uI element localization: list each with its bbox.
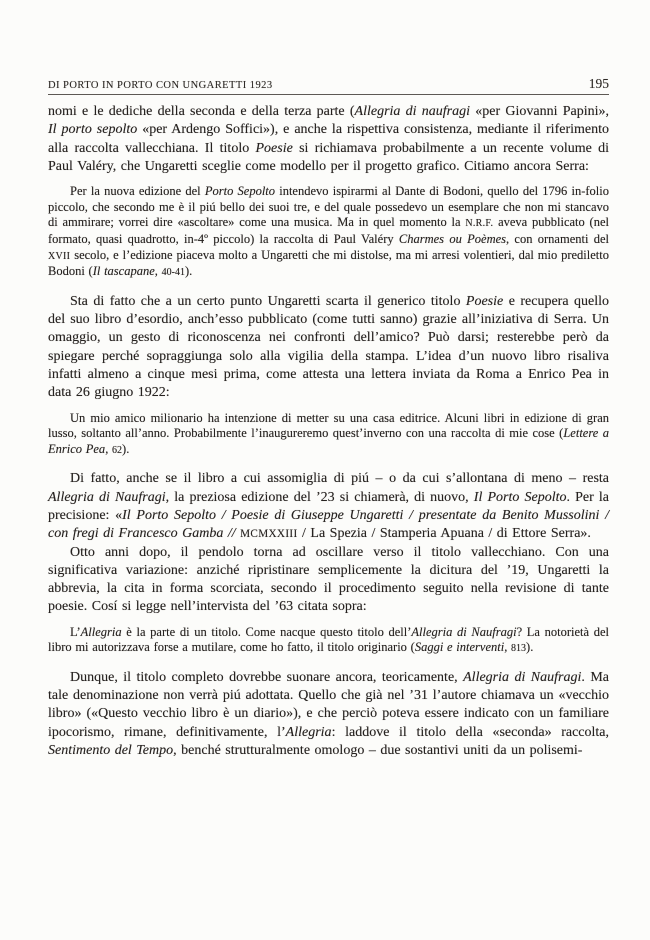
text-segment: Saggi e interventi [415,640,504,654]
text-segment: 40-41 [162,267,185,278]
text-segment: : laddove il titolo della «seconda» racc… [332,725,609,740]
text-segment: Un mio amico milionario ha intenzione di… [48,411,609,441]
block-quote: Per la nuova edizione del Porto Sepolto … [48,184,609,281]
text-segment: Il porto sepolto [48,122,137,137]
text-segment: , [155,264,162,278]
text-segment: Per la nuova edizione del [70,184,205,198]
text-segment: 62 [112,445,122,456]
text-segment: nomi e le dediche della seconda e della … [48,104,355,119]
page-content: DI PORTO IN PORTO CON UNGARETTI 1923 195… [48,76,609,760]
text-column: nomi e le dediche della seconda e della … [48,103,609,760]
running-header: DI PORTO IN PORTO CON UNGARETTI 1923 195 [48,76,609,92]
text-segment: Il tascapane [93,264,155,278]
text-segment: Allegria di Naufragi [48,490,166,505]
text-segment: Allegria [286,725,332,740]
text-segment: Sentimento del Tempo [48,743,173,758]
text-segment: Poesie [256,141,293,156]
text-segment: Allegria [81,625,122,639]
text-segment: Otto anni dopo, il pendolo torna ad osci… [48,545,609,615]
header-rule [48,94,609,95]
paragraph: Sta di fatto che a un certo punto Ungare… [48,293,609,403]
text-segment: Poesie [466,294,503,309]
text-segment: «per Giovanni Papini», [470,104,609,119]
scanned-book-page: DI PORTO IN PORTO CON UNGARETTI 1923 195… [0,0,650,940]
text-segment: / La Spezia / Stamperia Apuana / di Etto… [298,526,591,541]
text-segment: ). [122,442,129,456]
text-segment: Dunque, il titolo completo dovrebbe suon… [70,670,463,685]
text-segment: Porto Sepolto [205,184,275,198]
text-segment: Allegria di naufragi [355,104,470,119]
text-segment: XVII [48,251,70,262]
text-segment: L’ [70,625,81,639]
text-segment: ). [526,640,533,654]
text-segment: Il Porto Sepolto [474,490,567,505]
text-segment: ). [185,264,192,278]
text-segment: Allegria di Naufragi [411,625,516,639]
text-segment: N.R.F. [465,218,493,229]
text-segment: , benché strutturalmente omologo – due s… [173,743,582,758]
text-segment: , la preziosa edizione del ’23 si chiame… [166,490,474,505]
block-quote: L’Allegria è la parte di un titolo. Come… [48,625,609,657]
text-segment: 813 [511,643,526,654]
page-number: 195 [589,76,609,92]
running-title: DI PORTO IN PORTO CON UNGARETTI 1923 [48,80,273,91]
text-segment: e recupera quello del suo libro d’esordi… [48,294,609,400]
paragraph: Dunque, il titolo completo dovrebbe suon… [48,669,609,760]
text-segment: Sta di fatto che a un certo punto Ungare… [70,294,466,309]
paragraph: Di fatto, anche se il libro a cui assomi… [48,470,609,543]
text-segment: è la parte di un titolo. Come nacque que… [122,625,412,639]
block-quote: Un mio amico milionario ha intenzione di… [48,411,609,459]
paragraph: nomi e le dediche della seconda e della … [48,103,609,176]
text-segment: MCMXXIII [240,528,297,540]
text-segment: Di fatto, anche se il libro a cui assomi… [70,471,609,486]
text-segment: , con ornamenti del [506,232,609,246]
text-segment: Allegria di Naufragi [463,670,581,685]
text-segment: Charmes ou Poèmes [399,232,506,246]
paragraph: Otto anni dopo, il pendolo torna ad osci… [48,544,609,617]
